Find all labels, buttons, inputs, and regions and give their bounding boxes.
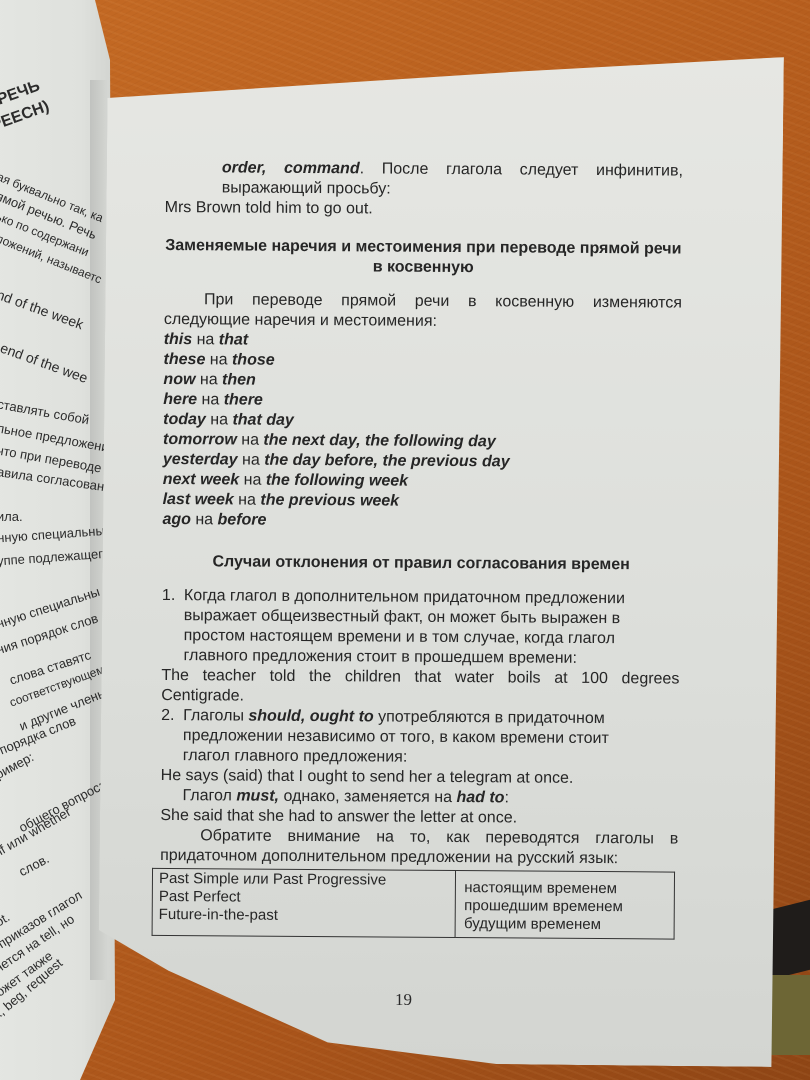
- background-object: [768, 975, 810, 1055]
- section-heading-adverbs: Заменяемые наречия и местоимения при пер…: [164, 236, 682, 280]
- exception-item-2: 2. Глаголы should, ought to употребляютс…: [161, 706, 679, 770]
- english-tenses-cell: Past Simple или Past ProgressivePast Per…: [152, 868, 456, 937]
- page-number: 19: [395, 990, 412, 1010]
- section-heading-exceptions: Случаи отклонения от правил согласования…: [162, 552, 680, 576]
- replacement-pair: ago на before: [162, 510, 680, 534]
- page-content: order, command. После глагола следует ин…: [160, 158, 683, 940]
- russian-tenses-cell: настоящим временемпрошедшим временембуду…: [455, 871, 674, 940]
- replacement-list: this на thatthese на thosenow на thenher…: [162, 330, 681, 534]
- background-object: [768, 900, 810, 980]
- intro-example: Mrs Brown told him to go out.: [165, 198, 683, 222]
- tense-translation-table: Past Simple или Past ProgressivePast Per…: [152, 868, 675, 940]
- attention-line-2: придаточном дополнительном предложении н…: [160, 846, 678, 870]
- left-page-line: e end of the wee: [0, 335, 90, 387]
- left-page-line: слов.: [16, 850, 53, 881]
- left-page-line: end of the week: [0, 283, 86, 334]
- exception-item-1: 1. Когда глагол в дополнительном придато…: [161, 586, 680, 670]
- left-page-line: вила.: [0, 508, 23, 526]
